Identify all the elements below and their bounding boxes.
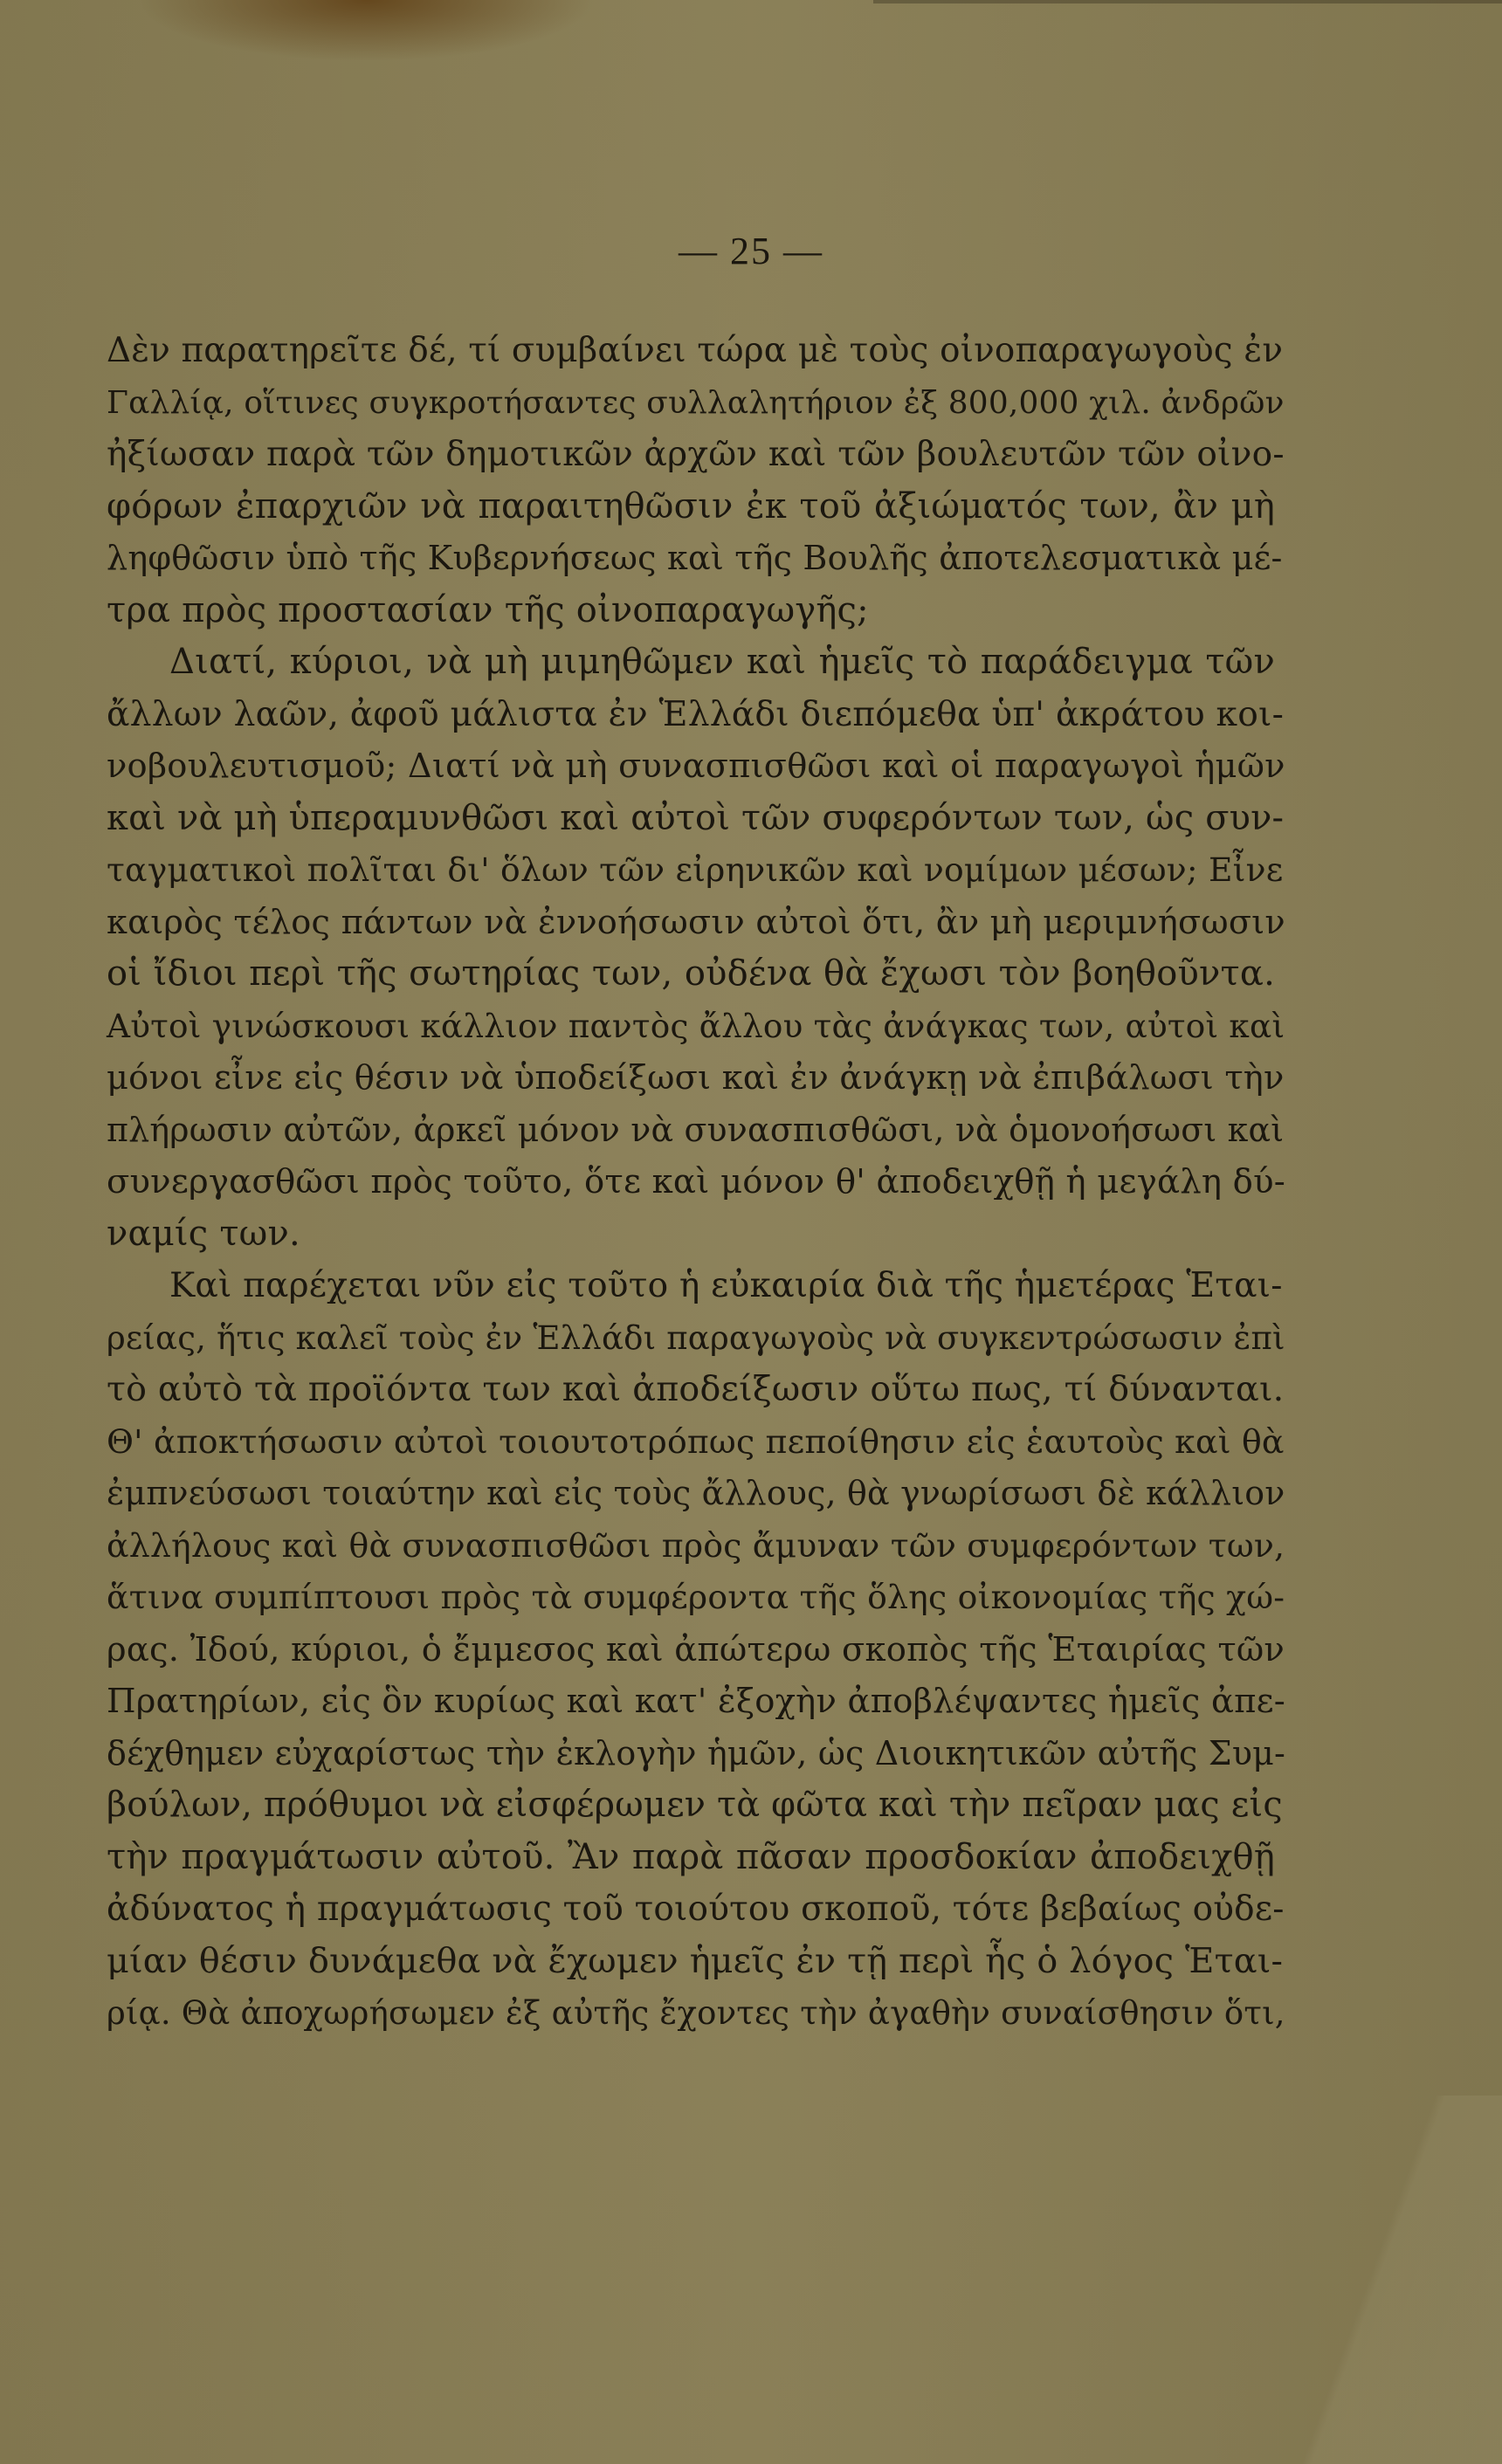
text-line: μόνοι εἶνε εἰς θέσιν νὰ ὑποδείξωσι καὶ ἐ… (107, 1052, 1275, 1105)
page-top-edge (873, 0, 1502, 3)
text-line: φόρων ἐπαρχιῶν νὰ παραιτηθῶσιν ἐκ τοῦ ἀξ… (107, 481, 1275, 533)
text-line: ἐμπνεύσωσι τοιαύτην καὶ εἰς τοὺς ἄλλους,… (107, 1468, 1275, 1520)
text-line: ταγματικοὶ πολῖται δι' ὅλων τῶν εἰρηνικῶ… (107, 844, 1275, 897)
text-line: μίαν θέσιν δυνάμεθα νὰ ἔχωμεν ἡμεῖς ἐν τ… (107, 1936, 1275, 1988)
text-line: Καὶ παρέχεται νῦν εἰς τοῦτο ἡ εὐκαιρία δ… (107, 1260, 1275, 1312)
text-line: ἄλλων λαῶν, ἀφοῦ μάλιστα ἐν Ἑλλάδι διεπό… (107, 689, 1275, 741)
text-line: ρας. Ἰδού, κύριοι, ὁ ἔμμεσος καὶ ἀπώτερω… (107, 1624, 1275, 1676)
text-line: Πρατηρίων, εἰς ὃν κυρίως καὶ κατ' ἐξοχὴν… (107, 1676, 1275, 1728)
text-line: ρείας, ἥτις καλεῖ τοὺς ἐν Ἑλλάδι παραγωγ… (107, 1312, 1275, 1365)
text-line: ἀλλήλους καὶ θὰ συνασπισθῶσι πρὸς ἄμυναν… (107, 1520, 1275, 1573)
text-line: Γαλλίᾳ, οἵτινες συγκροτήσαντες συλλαλητή… (107, 377, 1275, 430)
text-line: ληφθῶσιν ὑπὸ τῆς Κυβερνήσεως καὶ τῆς Βου… (107, 533, 1275, 585)
text-line: συνεργασθῶσι πρὸς τοῦτο, ὅτε καὶ μόνον θ… (107, 1156, 1275, 1208)
text-line: Θ' ἀποκτήσωσιν αὐτοὶ τοιουτοτρόπως πεποί… (107, 1416, 1275, 1469)
text-line: Διατί, κύριοι, νὰ μὴ μιμηθῶμεν καὶ ἡμεῖς… (107, 637, 1275, 689)
body-text: Δὲν παρατηρεῖτε δέ, τί συμβαίνει τώρα μὲ… (107, 325, 1275, 2040)
text-line: καιρὸς τέλος πάντων νὰ ἐννοήσωσιν αὐτοὶ … (107, 897, 1275, 949)
text-line: τὸ αὐτὸ τὰ προϊόντα των καὶ ἀποδείξωσιν … (107, 1364, 1275, 1416)
text-line: βούλων, πρόθυμοι νὰ εἰσφέρωμεν τὰ φῶτα κ… (107, 1779, 1275, 1832)
text-line: πλήρωσιν αὐτῶν, ἀρκεῖ μόνον νὰ συνασπισθ… (107, 1105, 1275, 1157)
text-line: τὴν πραγμάτωσιν αὐτοῦ. Ἂν παρὰ πᾶσαν προ… (107, 1832, 1275, 1884)
page-fold-shadow (1135, 2096, 1502, 2464)
text-line: νοβουλευτισμοῦ; Διατί νὰ μὴ συνασπισθῶσι… (107, 740, 1275, 793)
text-line: ναμίς των. (107, 1208, 1275, 1261)
page-number: — 25 — (0, 229, 1502, 273)
text-line: ἀδύνατος ἡ πραγμάτωσις τοῦ τοιούτου σκοπ… (107, 1883, 1275, 1936)
text-line: ἅτινα συμπίπτουσι πρὸς τὰ συμφέροντα τῆς… (107, 1572, 1275, 1624)
text-line: Αὐτοὶ γινώσκουσι κάλλιον παντὸς ἄλλου τὰ… (107, 1001, 1275, 1053)
text-line: δέχθημεν εὐχαρίστως τὴν ἐκλογὴν ἡμῶν, ὡς… (107, 1728, 1275, 1780)
text-line: καὶ νὰ μὴ ὑπεραμυνθῶσι καὶ αὐτοὶ τῶν συφ… (107, 793, 1275, 845)
text-line: ἠξίωσαν παρὰ τῶν δημοτικῶν ἀρχῶν καὶ τῶν… (107, 429, 1275, 481)
text-line: οἱ ἴδιοι περὶ τῆς σωτηρίας των, οὐδένα θ… (107, 948, 1275, 1001)
text-line: τρα πρὸς προστασίαν τῆς οἰνοπαραγωγῆς; (107, 585, 1275, 637)
text-line: ρίᾳ. Θὰ ἀποχωρήσωμεν ἐξ αὐτῆς ἔχοντες τὴ… (107, 1987, 1275, 2040)
text-line: Δὲν παρατηρεῖτε δέ, τί συμβαίνει τώρα μὲ… (107, 325, 1275, 377)
